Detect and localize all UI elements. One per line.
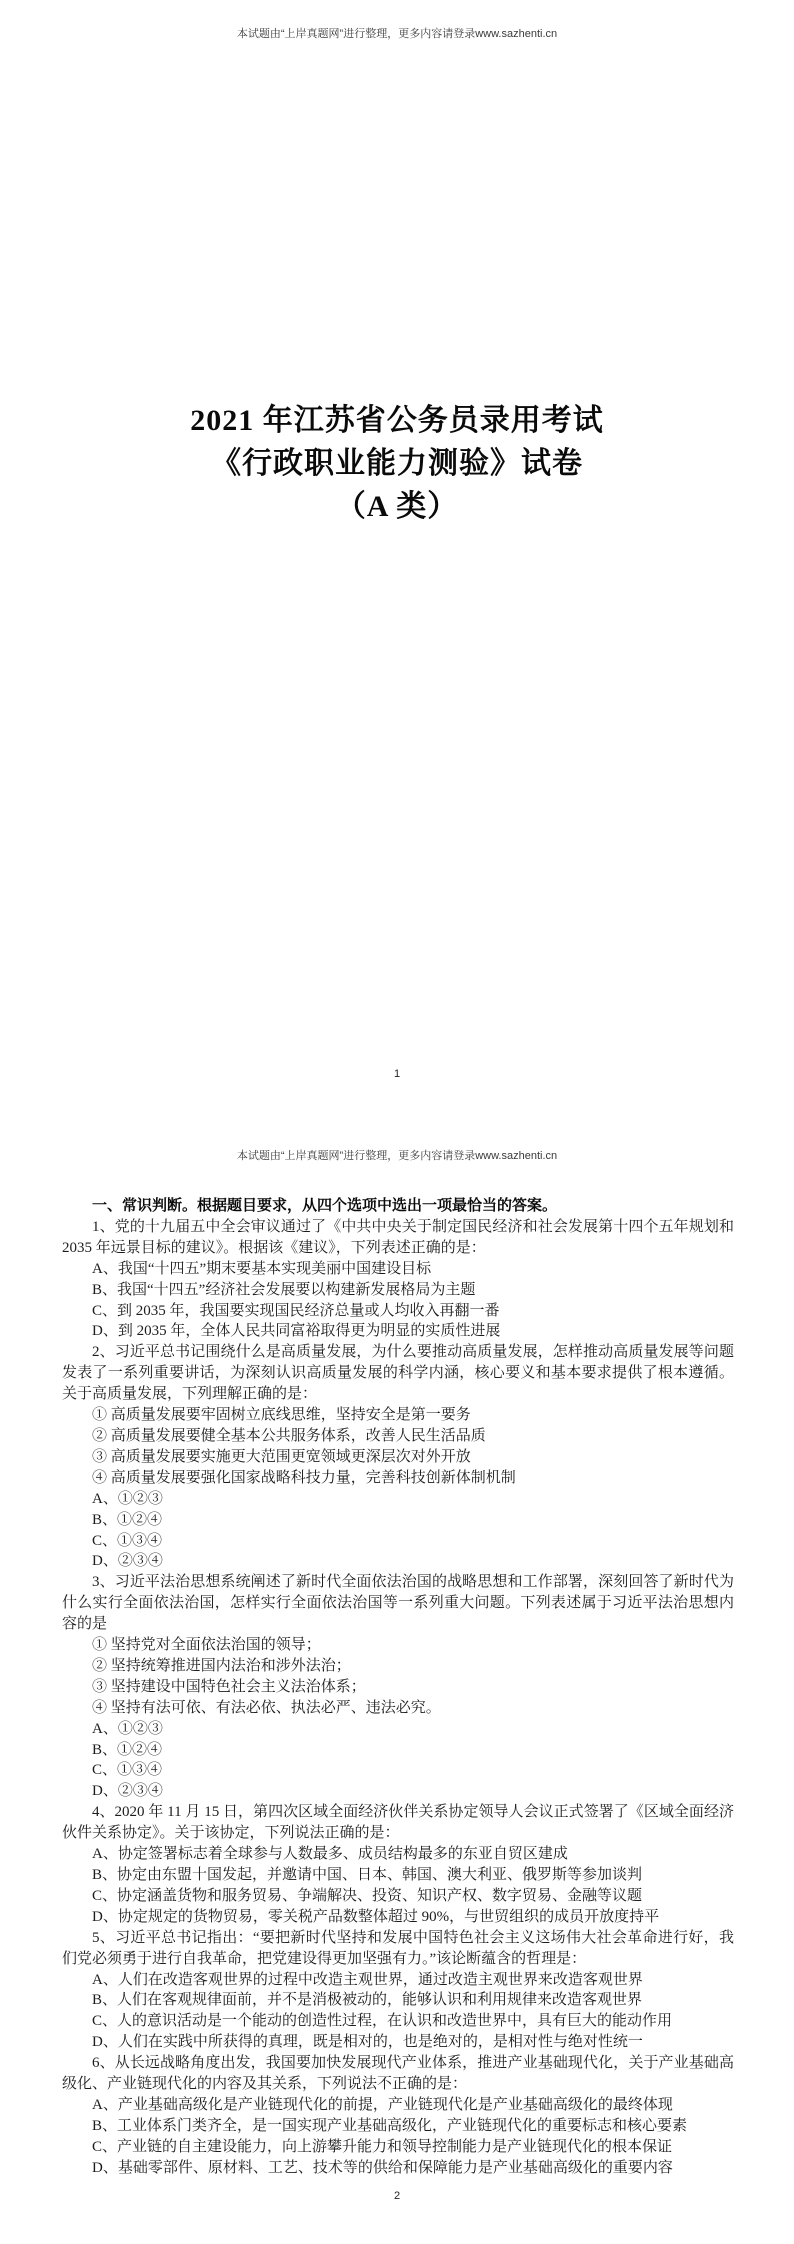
question-4-option: A、协定签署标志着全球参与人数最多、成员结构最多的东亚自贸区建成 [62, 1844, 734, 1865]
question-3-item: ① 坚持党对全面依法治国的领导； [62, 1635, 734, 1656]
question-2-item: ② 高质量发展要健全基本公共服务体系，改善人民生活品质 [62, 1426, 734, 1447]
question-4-option: B、协定由东盟十国发起，并邀请中国、日本、韩国、澳大利亚、俄罗斯等参加谈判 [62, 1865, 734, 1886]
question-5-option: D、人们在实践中所获得的真理，既是相对的，也是绝对的，是相对性与绝对性统一 [62, 2032, 734, 2053]
title-line-2: 《行政职业能力测验》试卷 [0, 442, 794, 485]
question-3-stem: 3、习近平法治思想系统阐述了新时代全面依法治国的战略思想和工作部署，深刻回答了新… [62, 1572, 734, 1635]
question-3-item: ② 坚持统筹推进国内法治和涉外法治； [62, 1656, 734, 1677]
exam-content: 一、常识判断。根据题目要求，从四个选项中选出一项最恰当的答案。 1、党的十九届五… [62, 1196, 734, 2179]
question-5-option: A、人们在改造客观世界的过程中改造主观世界，通过改造主观世界来改造客观世界 [62, 1970, 734, 1991]
question-2-item: ① 高质量发展要牢固树立底线思维，坚持安全是第一要务 [62, 1405, 734, 1426]
question-3-item: ③ 坚持建设中国特色社会主义法治体系； [62, 1677, 734, 1698]
page-1-number: 1 [0, 1068, 794, 1080]
question-5-stem: 5、习近平总书记指出：“要把新时代坚持和发展中国特色社会主义这场伟大社会革命进行… [62, 1928, 734, 1970]
question-1-stem: 1、党的十九届五中全会审议通过了《中共中央关于制定国民经济和社会发展第十四个五年… [62, 1217, 734, 1259]
page-2: 本试题由“上岸真题网”进行整理，更多内容请登录www.sazhenti.cn 一… [0, 1122, 794, 2244]
question-2-option: A、①②③ [62, 1489, 734, 1510]
question-3-item: ④ 坚持有法可依、有法必依、执法必严、违法必究。 [62, 1698, 734, 1719]
title-line-3: （A 类） [0, 485, 794, 528]
page-2-source-header: 本试题由“上岸真题网”进行整理，更多内容请登录www.sazhenti.cn [0, 1147, 794, 1163]
question-4-option: C、协定涵盖货物和服务贸易、争端解决、投资、知识产权、数字贸易、金融等议题 [62, 1886, 734, 1907]
question-2-item: ④ 高质量发展要强化国家战略科技力量，完善科技创新体制机制 [62, 1468, 734, 1489]
section-heading: 一、常识判断。根据题目要求，从四个选项中选出一项最恰当的答案。 [62, 1196, 734, 1217]
question-2-option: B、①②④ [62, 1510, 734, 1531]
question-3-option: A、①②③ [62, 1719, 734, 1740]
question-6-stem: 6、从长远战略角度出发，我国要加快发展现代产业体系，推进产业基础现代化，关于产业… [62, 2053, 734, 2095]
question-1-option: C、到 2035 年，我国要实现国民经济总量或人均收入再翻一番 [62, 1301, 734, 1322]
questions-list: 1、党的十九届五中全会审议通过了《中共中央关于制定国民经济和社会发展第十四个五年… [62, 1217, 734, 2179]
question-2-stem: 2、习近平总书记围绕什么是高质量发展，为什么要推动高质量发展，怎样推动高质量发展… [62, 1342, 734, 1405]
question-1-option: B、我国“十四五”经济社会发展要以构建新发展格局为主题 [62, 1280, 734, 1301]
question-3-option: B、①②④ [62, 1740, 734, 1761]
question-5-option: C、人的意识活动是一个能动的创造性过程，在认识和改造世界中，具有巨大的能动作用 [62, 2011, 734, 2032]
question-1-option: D、到 2035 年，全体人民共同富裕取得更为明显的实质性进展 [62, 1321, 734, 1342]
question-1-option: A、我国“十四五”期末要基本实现美丽中国建设目标 [62, 1259, 734, 1280]
title-line-1: 2021 年江苏省公务员录用考试 [0, 399, 794, 442]
question-3-option: D、②③④ [62, 1781, 734, 1802]
page-2-number: 2 [0, 2190, 794, 2202]
question-3-option: C、①③④ [62, 1760, 734, 1781]
question-6-option: D、基础零部件、原材料、工艺、技术等的供给和保障能力是产业基础高级化的重要内容 [62, 2158, 734, 2179]
question-6-option: B、工业体系门类齐全，是一国实现产业基础高级化，产业链现代化的重要标志和核心要素 [62, 2116, 734, 2137]
question-6-option: A、产业基础高级化是产业链现代化的前提，产业链现代化是产业基础高级化的最终体现 [62, 2095, 734, 2116]
question-6-option: C、产业链的自主建设能力，向上游攀升能力和领导控制能力是产业链现代化的根本保证 [62, 2137, 734, 2158]
question-2-option: D、②③④ [62, 1551, 734, 1572]
page-1-source-header: 本试题由“上岸真题网”进行整理，更多内容请登录www.sazhenti.cn [0, 25, 794, 41]
document-title: 2021 年江苏省公务员录用考试 《行政职业能力测验》试卷 （A 类） [0, 399, 794, 528]
question-2-option: C、①③④ [62, 1531, 734, 1552]
question-4-option: D、协定规定的货物贸易，零关税产品数整体超过 90%，与世贸组织的成员开放度持平 [62, 1907, 734, 1928]
question-5-option: B、人们在客观规律面前，并不是消极被动的，能够认识和利用规律来改造客观世界 [62, 1990, 734, 2011]
question-4-stem: 4、2020 年 11 月 15 日，第四次区域全面经济伙伴关系协定领导人会议正… [62, 1802, 734, 1844]
question-2-item: ③ 高质量发展要实施更大范围更宽领域更深层次对外开放 [62, 1447, 734, 1468]
page-1: 本试题由“上岸真题网”进行整理，更多内容请登录www.sazhenti.cn 2… [0, 0, 794, 1122]
